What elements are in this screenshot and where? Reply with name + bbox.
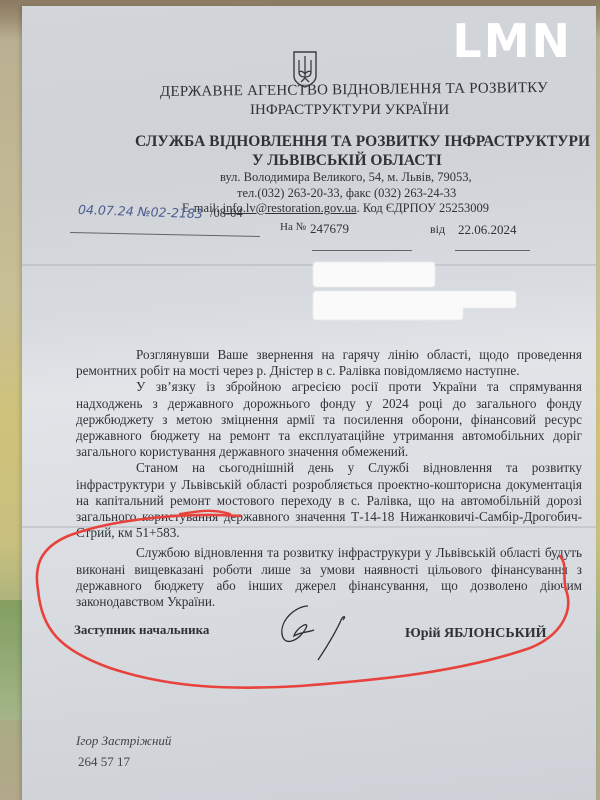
body-paragraph: Розглянувши Ваше звернення на гарячу лін…	[76, 347, 582, 379]
body-paragraph: У зв’язку із збройною агресією росії про…	[76, 379, 582, 460]
redacted-recipient-line1	[313, 262, 435, 287]
date-value: 22.06.2024	[458, 222, 517, 238]
underline	[312, 250, 412, 251]
edrpou-code: . Код ЄДРПОУ 25253009	[357, 201, 489, 215]
in-reply-number: 247679	[310, 221, 349, 237]
in-reply-label: На №	[280, 221, 306, 233]
address: вул. Володимира Великого, 54, м. Львів, …	[220, 170, 472, 185]
redacted-recipient-line3	[313, 303, 463, 320]
date-label: від	[430, 222, 445, 237]
executor-name: Ігор Застріжний	[76, 733, 171, 749]
agency-name-line2: ІНФРАСТРУКТУРИ УКРАЇНИ	[250, 102, 449, 119]
service-name-line1: СЛУЖБА ВІДНОВЛЕННЯ ТА РОЗВИТКУ ІНФРАСТРУ…	[135, 133, 590, 151]
body-paragraph: Службою відновлення та розвитку інфрастр…	[76, 545, 582, 610]
underline	[455, 250, 530, 251]
signatory-name: Юрій ЯБЛОНСЬКИЙ	[405, 626, 547, 642]
signatory-title: Заступник начальника	[74, 622, 209, 638]
executor-phone: 264 57 17	[78, 754, 130, 770]
body-paragraph: Станом на сьогоднішній день у Службі від…	[76, 460, 582, 541]
service-name-line2: У ЛЬВІВСЬКІЙ ОБЛАСТІ	[252, 152, 442, 170]
lmn-watermark-logo: LMN	[452, 14, 572, 68]
outgoing-number-suffix: /08-04	[210, 206, 243, 221]
paper-fold	[22, 264, 596, 266]
phone-fax: тел.(032) 263-20-33, факс (032) 263-24-3…	[237, 186, 456, 201]
letter-body: Розглянувши Ваше звернення на гарячу лін…	[76, 347, 582, 610]
